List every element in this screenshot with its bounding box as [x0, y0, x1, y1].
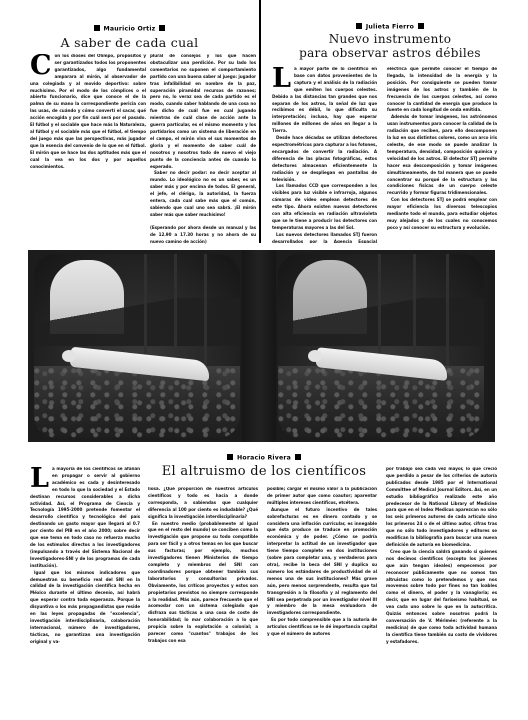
article-column-3: posible; cargar el mismo valor a la publ…	[267, 487, 377, 667]
byline: Mauricio Ortiz	[0, 25, 259, 34]
article-column-1: La mayor parte de lo científico en base …	[272, 67, 377, 243]
paragraph: Desde hace décadas se utilizan detectore…	[272, 136, 377, 184]
paragraph-note: (Esperando por ahora desde un manual y l…	[150, 226, 256, 244]
paragraph: Es por todo comprensible que a la autorí…	[267, 618, 377, 639]
foliage-shadow	[278, 298, 484, 346]
stereo-frame-left	[34, 254, 240, 438]
paragraph: Los llamados CCD que corresponden a los …	[272, 184, 377, 232]
stereoscopic-photograph	[28, 250, 495, 442]
paragraph: eléctrica que permite conocer el tiempo …	[387, 67, 497, 115]
author-name: Julieta Fierro	[366, 24, 414, 31]
article-column-4: por trabajo sea cada vez mayor, lo que c…	[386, 467, 497, 667]
article-a-saber-de-cada-cual: Mauricio Ortiz A saber de cada cual Con …	[0, 0, 259, 245]
patterned-couch	[278, 366, 484, 438]
figure-head	[62, 350, 76, 362]
drop-cap: C	[30, 55, 51, 76]
article-title-line-2: para observar astros débiles	[262, 46, 518, 60]
paragraph: liosa. ¿Qué proporción de nuestros artíc…	[148, 487, 258, 522]
article-column-2: liosa. ¿Qué proporción de nuestros artíc…	[148, 487, 258, 667]
column-divider-rule	[259, 0, 261, 243]
byline-square-icon	[356, 23, 362, 29]
article-column-1: Con los dioses del Olimpo, propósitos y …	[30, 54, 146, 244]
paragraph: posible; cargar el mismo valor a la publ…	[267, 487, 377, 508]
patterned-couch	[34, 366, 240, 438]
author-name: Mauricio Ortiz	[104, 26, 156, 33]
paragraph: Con los dioses del Olimpo, propósitos y …	[30, 54, 146, 171]
stereo-card-center-strip	[242, 250, 276, 442]
article-column-2: plural de consejos y los que hacen obsta…	[150, 54, 256, 244]
byline: Horacio Rivera	[0, 454, 528, 463]
paragraph: En nuestro medio (probablemente al igual…	[148, 522, 258, 646]
paragraph: por trabajo sea cada vez mayor, lo que c…	[386, 467, 497, 550]
paragraph: La mayoría de los científicos se afanan …	[30, 467, 140, 571]
figure-head	[308, 350, 322, 362]
article-nuevo-instrumento: Julieta Fierro Nuevo instrumento para ob…	[262, 0, 528, 245]
paragraph: Con los detectores STJ se podrá emplear …	[387, 198, 497, 233]
byline-square-icon	[159, 25, 165, 31]
paragraph: Aunque el futuro incentivo de tales sobr…	[267, 508, 377, 619]
byline-square-icon	[94, 25, 100, 31]
drop-cap: L	[30, 468, 49, 489]
paragraph: Igual que los mismos indicadores que dem…	[30, 571, 140, 647]
stereo-frame-right	[278, 254, 484, 438]
byline-square-icon	[295, 454, 301, 460]
foliage-shadow	[34, 298, 240, 346]
article-title: A saber de cada cual	[0, 35, 259, 50]
paragraph: La mayor parte de lo científico en base …	[272, 67, 377, 136]
paragraph: Los nuevos detectores llamados STJ fuero…	[272, 233, 377, 243]
paragraph: Además de tomar imágenes, los astrónomos…	[387, 115, 497, 198]
article-column-2: eléctrica que permite conocer el tiempo …	[387, 67, 497, 243]
article-column-1: La mayoría de los científicos se afanan …	[30, 467, 140, 667]
byline: Julieta Fierro	[262, 23, 518, 32]
paragraph: plural de consejos y los que hacen obsta…	[150, 54, 256, 171]
paragraph: Saber no decir podar: no decir aceptar a…	[150, 171, 256, 219]
byline-square-icon	[418, 23, 424, 29]
byline-square-icon	[227, 454, 233, 460]
article-title-line-1: Nuevo instrumento	[262, 32, 518, 46]
paragraph: Creo que la ciencia saldrá ganando si qu…	[386, 550, 497, 647]
article-el-altruismo: Horacio Rivera El altruismo de los cient…	[0, 450, 528, 720]
drop-cap: L	[272, 68, 291, 89]
author-name: Horacio Rivera	[237, 455, 291, 462]
